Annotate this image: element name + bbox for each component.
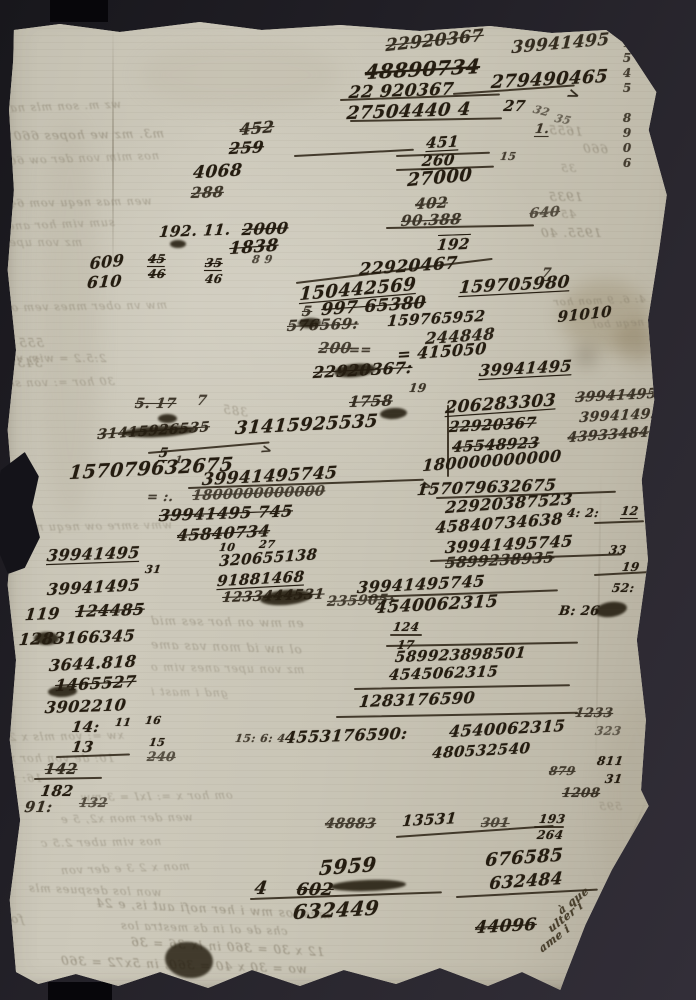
ink-number: 192: [436, 235, 471, 254]
showthrough-text: 12 x 30 = 360 in lx 36 = 36: [130, 935, 325, 959]
ink-number: 132: [78, 796, 109, 811]
ink-number: 451: [425, 132, 459, 152]
ink-number: 7: [196, 393, 208, 409]
ink-number: 27504440 4: [346, 99, 472, 124]
showthrough-text: 1935: [547, 190, 583, 204]
ink-number: 609: [89, 250, 124, 273]
pen-stroke: [390, 634, 422, 636]
ink-blot: [170, 240, 186, 248]
ink-number: 46: [147, 267, 167, 281]
showthrough-text: mw vn ober mnes vem ow: [0, 299, 168, 315]
ink-number: 39941495: [579, 406, 662, 426]
film-strip: [48, 982, 112, 1000]
ink-number: 142: [43, 760, 78, 778]
showthrough-text: wz m. son mls nav: [1, 98, 122, 115]
ink-number: 15: [148, 736, 166, 749]
showthrough-text: 555: [17, 336, 44, 350]
ink-number: 192. 11.: [158, 220, 232, 241]
ink-number: 1208: [561, 786, 601, 801]
ink-number: 32: [531, 103, 552, 119]
ink-number: 22920367: [385, 26, 484, 56]
ink-number: 39941495 745: [158, 501, 294, 525]
ink-number: 602: [295, 880, 335, 900]
ink-number: 19: [408, 381, 428, 395]
showthrough-text: wen mas nequ vom 640: [0, 195, 152, 211]
ink-number: 264: [536, 828, 565, 842]
ink-number: ==: [348, 343, 373, 358]
ink-number: 676585: [485, 845, 564, 872]
ink-number: 1545 8906: [620, 36, 634, 171]
ink-number: 39941495: [511, 29, 610, 58]
ink-number: 1.: [534, 122, 551, 137]
showthrough-text: 205: [643, 770, 668, 783]
ink-number: 27000: [407, 164, 473, 191]
ink-number: 1283176590: [358, 688, 476, 711]
ink-number: 5. 17: [134, 396, 178, 412]
showthrough-text: 35: [559, 162, 576, 175]
ink-number: 452: [239, 117, 275, 139]
ink-number: 39941495: [575, 386, 658, 406]
ink-number: 33: [608, 543, 628, 557]
ink-number: 15: [499, 150, 517, 163]
ink-number: 39941495: [478, 356, 573, 380]
ink-number: 16: [144, 714, 162, 727]
ink-number: 19: [621, 560, 641, 574]
paper-stain: [577, 349, 595, 364]
showthrough-text: ol nw id mon vas ame: [150, 637, 303, 656]
showthrough-text: en mw on hor ses mid: [149, 614, 304, 631]
ink-number: = :.: [146, 490, 175, 505]
ink-number: 15: 6: 4: [234, 732, 286, 745]
ink-number: 632449: [292, 895, 380, 924]
showthrough-text: 595: [597, 800, 622, 813]
pen-stroke: [594, 520, 644, 524]
ink-number: 480532540: [431, 739, 531, 762]
ink-number: 13: [70, 738, 94, 756]
ink-number: 640: [529, 204, 561, 222]
ink-number: 610: [86, 271, 123, 292]
ink-blot: [330, 879, 406, 893]
ink-number: 240: [146, 750, 177, 765]
ink-number: B: 26: [558, 604, 601, 619]
showthrough-text: mz von uper anes vim o: [149, 661, 304, 677]
ink-number: 46: [204, 272, 224, 286]
showthrough-text: 660: [582, 142, 609, 157]
ink-number: 90.388: [400, 210, 462, 230]
showthrough-text: mz von uper: [1, 236, 82, 249]
ink-number: 45: [147, 252, 167, 266]
ink-number: 52:: [611, 581, 636, 595]
ink-number: 27: [502, 97, 526, 115]
showthrough-text: 343: [15, 356, 42, 370]
ink-number: 91:: [23, 798, 53, 816]
showthrough-text: nos vim uber 2.5 c: [39, 835, 162, 850]
showthrough-text: fo: [9, 912, 24, 926]
ink-number: 1800000000000: [191, 483, 326, 504]
ink-number: 22920367: [448, 413, 537, 436]
ink-number: 879: [548, 764, 577, 778]
ink-number: 180000000000: [422, 446, 563, 475]
ink-number: 439334845: [567, 424, 660, 447]
paper-stain: [140, 40, 340, 110]
ink-number: 193: [538, 812, 567, 826]
showthrough-text: xw =: von mls x 23: [0, 729, 125, 744]
manuscript-page: wz m. son mls navm3. mz we hopes 660 eno…: [0, 0, 696, 1000]
ink-number: 279490465: [490, 66, 609, 93]
ink-number: 124: [392, 620, 421, 634]
ink-number: >: [258, 442, 275, 459]
ink-number: 4: 2:: [566, 506, 600, 520]
ink-number: 13531: [401, 809, 457, 830]
ink-number: 288: [190, 183, 225, 202]
ink-number: 48883: [324, 816, 377, 832]
ink-number: 259: [228, 137, 265, 158]
ink-number: 31: [144, 563, 162, 576]
ink-number: 4545062315: [388, 662, 499, 684]
ink-number: 1233444531: [221, 586, 325, 606]
ink-number: 22920367:: [312, 358, 413, 382]
ink-number: 4540062315: [448, 716, 566, 741]
ink-number: 12: [620, 504, 640, 518]
ink-number: 576569:: [286, 314, 360, 335]
ink-number: 323: [594, 724, 623, 738]
showthrough-text: 1955. 40: [539, 226, 602, 240]
showthrough-text: sum vim hor anes: [0, 216, 115, 233]
ink-number: 124485: [74, 600, 146, 622]
ink-number: 4: [253, 878, 269, 899]
showthrough-text: m3. mz we hopes 660 e: [0, 127, 165, 144]
ink-number: 206283303: [445, 390, 557, 418]
ink-number: 1283166345: [18, 626, 136, 649]
showthrough-text: 52 e: [628, 837, 656, 853]
showthrough-text: nos mim von der ow 660: [0, 149, 160, 167]
showthrough-text: wen der mon x2, 5 e: [59, 811, 193, 826]
showthrough-text: 45: [559, 208, 576, 221]
film-strip: [50, 0, 108, 22]
ink-number: 31415925535: [234, 411, 379, 440]
showthrough-text: gnd i mast i: [149, 685, 228, 699]
ink-number: 39941495: [46, 575, 141, 599]
ink-number: 1233: [574, 706, 614, 721]
ink-number: 44096: [474, 915, 537, 938]
ink-number: 8 9: [251, 253, 273, 266]
ink-number: 5959: [318, 852, 377, 880]
ink-number: 1758: [348, 391, 394, 411]
ink-number: 31415926535: [97, 419, 211, 443]
ink-number: 4068: [192, 160, 243, 183]
ink-number: 31: [604, 772, 624, 786]
ink-number: 811: [596, 754, 625, 768]
ink-number: 159705980: [458, 272, 571, 298]
showthrough-text: mon x 2 3 e der von: [59, 860, 190, 877]
ink-number: 1465527: [54, 672, 137, 695]
ink-number: 4553176590:: [284, 724, 409, 747]
ink-number: 11: [114, 716, 132, 729]
manuscript-photo: { "colors":{ "background":"#26232c","bac…: [0, 0, 696, 1000]
ink-number: 35: [204, 256, 224, 270]
showthrough-text: 30 hor =: von ses: [0, 375, 115, 390]
ink-number: 301: [480, 816, 511, 831]
ink-number: 39941495: [46, 543, 141, 565]
ink-number: 119: [24, 604, 61, 624]
ink-number: 14:: [70, 718, 100, 736]
ink-number: 3902210: [44, 695, 127, 717]
